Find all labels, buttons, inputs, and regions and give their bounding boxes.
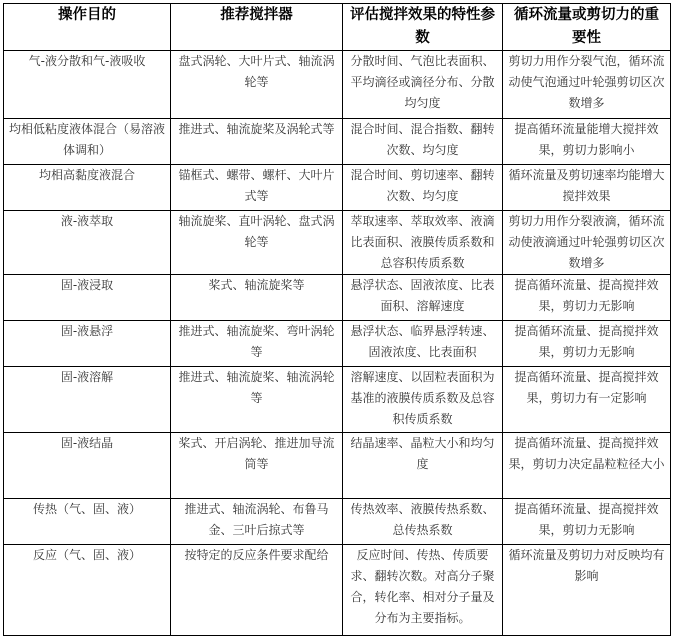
cell-agitator: 桨式、开启涡轮、推进加导流筒等 [171, 433, 343, 499]
cell-parameters: 结晶速率、晶粒大小和均匀度 [343, 433, 503, 499]
cell-agitator: 盘式涡轮、大叶片式、轴流涡轮等 [171, 51, 343, 119]
cell-purpose: 均相高黏度液混合 [4, 165, 171, 211]
cell-importance: 剪切力用作分裂液滴，循环流动使液滴通过叶轮强剪切区次数增多 [503, 211, 671, 275]
cell-agitator: 按特定的反应条件要求配给 [171, 545, 343, 636]
table-row: 均相低粘度液体混合（易溶液体调和） 推进式、轴流旋桨及涡轮式等 混合时间、混合指… [4, 119, 671, 165]
cell-parameters: 混合时间、混合指数、翻转次数、均匀度 [343, 119, 503, 165]
table-row: 固-液悬浮 推进式、轴流旋桨、弯叶涡轮等 悬浮状态、临界悬浮转速、固液浓度、比表… [4, 321, 671, 367]
cell-purpose: 反应（气、固、液） [4, 545, 171, 636]
cell-parameters: 萃取速率、萃取效率、液滴比表面积、液膜传质系数和总容积传质系数 [343, 211, 503, 275]
cell-agitator: 桨式、轴流旋桨等 [171, 275, 343, 321]
cell-importance: 提高循环流量、提高搅拌效果，剪切力无影响 [503, 499, 671, 545]
cell-importance: 循环流量及剪切速率均能增大搅拌效果 [503, 165, 671, 211]
cell-parameters: 传热效率、液膜传热系数、总传热系数 [343, 499, 503, 545]
cell-agitator: 推进式、轴流旋桨及涡轮式等 [171, 119, 343, 165]
cell-importance: 循环流量及剪切力对反映均有影响 [503, 545, 671, 636]
cell-purpose: 固-液溶解 [4, 367, 171, 433]
cell-agitator: 推进式、轴流涡轮、布鲁马金、三叶后掠式等 [171, 499, 343, 545]
cell-purpose: 固-液结晶 [4, 433, 171, 499]
cell-importance: 提高循环流量、提高搅拌效果，剪切力决定晶粒粒径大小 [503, 433, 671, 499]
agitator-selection-table: 操作目的 推荐搅拌器 评估搅拌效果的特性参数 循环流量或剪切力的重要性 气-液分… [3, 3, 671, 636]
table-row: 气-液分散和气-液吸收 盘式涡轮、大叶片式、轴流涡轮等 分散时间、气泡比表面积、… [4, 51, 671, 119]
cell-importance: 提高循环流量、提高搅拌效果，剪切力无影响 [503, 321, 671, 367]
cell-parameters: 反应时间、传热、传质要求、翻转次数。对高分子聚合，转化率、相对分子量及分布为主要… [343, 545, 503, 636]
cell-purpose: 固-液浸取 [4, 275, 171, 321]
cell-parameters: 分散时间、气泡比表面积、平均滴径或滴径分布、分散均匀度 [343, 51, 503, 119]
table-row: 液-液萃取 轴流旋桨、直叶涡轮、盘式涡轮等 萃取速率、萃取效率、液滴比表面积、液… [4, 211, 671, 275]
table-row: 固-液溶解 推进式、轴流旋桨、轴流涡轮等 溶解速度、以固粒表面积为基准的液膜传质… [4, 367, 671, 433]
header-purpose: 操作目的 [4, 4, 171, 51]
cell-importance: 剪切力用作分裂气泡，循环流动使气泡通过叶轮强剪切区次数增多 [503, 51, 671, 119]
cell-purpose: 固-液悬浮 [4, 321, 171, 367]
cell-agitator: 轴流旋桨、直叶涡轮、盘式涡轮等 [171, 211, 343, 275]
table-row: 反应（气、固、液） 按特定的反应条件要求配给 反应时间、传热、传质要求、翻转次数… [4, 545, 671, 636]
cell-parameters: 溶解速度、以固粒表面积为基准的液膜传质系数及总容积传质系数 [343, 367, 503, 433]
table-row: 固-液浸取 桨式、轴流旋桨等 悬浮状态、固液浓度、比表面积、溶解速度 提高循环流… [4, 275, 671, 321]
cell-agitator: 推进式、轴流旋桨、轴流涡轮等 [171, 367, 343, 433]
cell-agitator: 锚框式、螺带、螺杆、大叶片式等 [171, 165, 343, 211]
cell-importance: 提高循环流量、提高搅拌效果，剪切力无影响 [503, 275, 671, 321]
table-row: 均相高黏度液混合 锚框式、螺带、螺杆、大叶片式等 混合时间、剪切速率、翻转次数、… [4, 165, 671, 211]
cell-agitator: 推进式、轴流旋桨、弯叶涡轮等 [171, 321, 343, 367]
cell-importance: 提高循环流量能增大搅拌效果，剪切力影响小 [503, 119, 671, 165]
cell-parameters: 悬浮状态、固液浓度、比表面积、溶解速度 [343, 275, 503, 321]
cell-purpose: 传热（气、固、液） [4, 499, 171, 545]
header-parameters: 评估搅拌效果的特性参数 [343, 4, 503, 51]
cell-purpose: 液-液萃取 [4, 211, 171, 275]
header-agitator: 推荐搅拌器 [171, 4, 343, 51]
table-header-row: 操作目的 推荐搅拌器 评估搅拌效果的特性参数 循环流量或剪切力的重要性 [4, 4, 671, 51]
header-importance: 循环流量或剪切力的重要性 [503, 4, 671, 51]
cell-parameters: 混合时间、剪切速率、翻转次数、均匀度 [343, 165, 503, 211]
table-row: 传热（气、固、液） 推进式、轴流涡轮、布鲁马金、三叶后掠式等 传热效率、液膜传热… [4, 499, 671, 545]
table-row: 固-液结晶 桨式、开启涡轮、推进加导流筒等 结晶速率、晶粒大小和均匀度 提高循环… [4, 433, 671, 499]
cell-purpose: 气-液分散和气-液吸收 [4, 51, 171, 119]
cell-parameters: 悬浮状态、临界悬浮转速、固液浓度、比表面积 [343, 321, 503, 367]
cell-purpose: 均相低粘度液体混合（易溶液体调和） [4, 119, 171, 165]
cell-importance: 提高循环流量、提高搅拌效果，剪切力有一定影响 [503, 367, 671, 433]
